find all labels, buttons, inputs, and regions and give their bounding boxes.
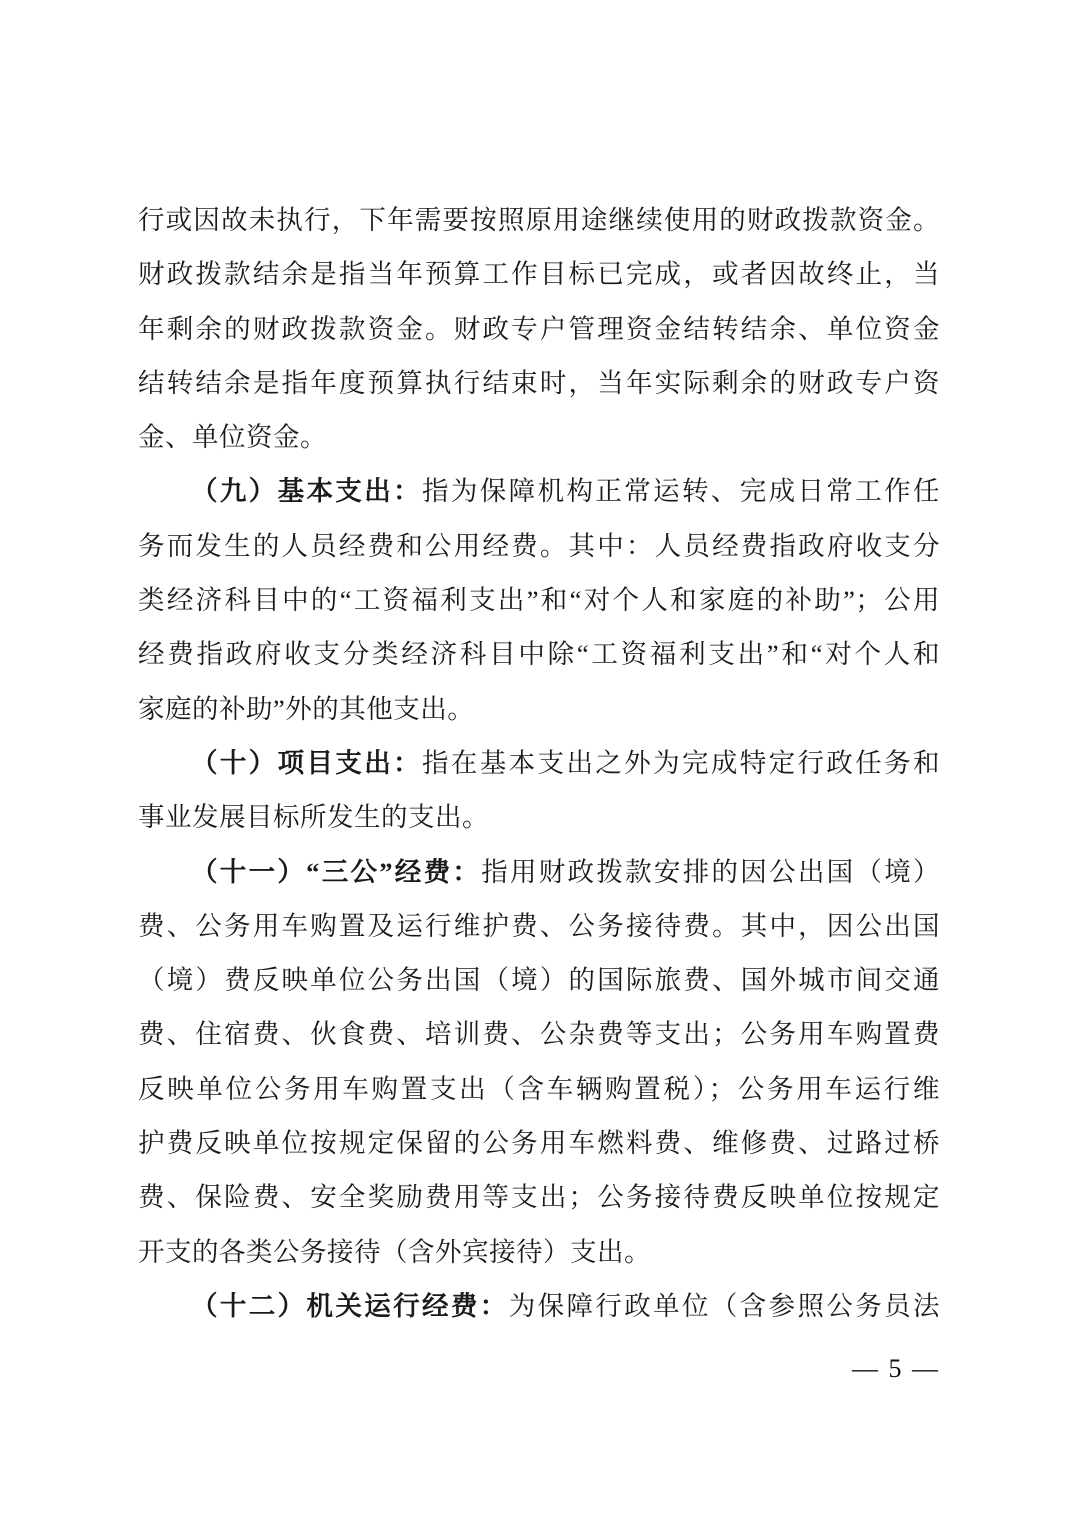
term-emphasis: （十）项目支出： — [191, 748, 422, 778]
text-line: 家庭的补助”外的其他支出。 — [138, 682, 940, 736]
line-text: 为保障行政单位（含参照公务员法 — [509, 1291, 940, 1321]
text-line: 金、单位资金。 — [138, 410, 940, 464]
text-line: 财政拨款结余是指当年预算工作目标已完成，或者因故终止，当 — [138, 247, 940, 301]
line-text: 指用财政拨款安排的因公出国（境） — [481, 857, 940, 887]
text-block: 行或因故未执行，下年需要按照原用途继续使用的财政拨款资金。财政拨款结余是指当年预… — [138, 193, 940, 1333]
text-line: 护费反映单位按规定保留的公务用车燃料费、维修费、过路过桥 — [138, 1116, 940, 1170]
text-line: （十）项目支出：指在基本支出之外为完成特定行政任务和 — [138, 736, 940, 790]
text-line: 费、住宿费、伙食费、培训费、公杂费等支出；公务用车购置费 — [138, 1007, 940, 1061]
page-number: — 5 — — [852, 1354, 940, 1384]
line-text: 指在基本支出之外为完成特定行政任务和 — [422, 748, 940, 778]
text-line: （十一）“三公”经费：指用财政拨款安排的因公出国（境） — [138, 845, 940, 899]
text-line: （十二）机关运行经费：为保障行政单位（含参照公务员法 — [138, 1279, 940, 1333]
line-text: 指为保障机构正常运转、完成日常工作任 — [422, 476, 940, 506]
text-line: 开支的各类公务接待（含外宾接待）支出。 — [138, 1225, 940, 1279]
text-line: 务而发生的人员经费和公用经费。其中：人员经费指政府收支分 — [138, 519, 940, 573]
document-page: 行或因故未执行，下年需要按照原用途继续使用的财政拨款资金。财政拨款结余是指当年预… — [0, 0, 1074, 1520]
term-emphasis: （十二）机关运行经费： — [191, 1291, 509, 1321]
text-line: 费、保险费、安全奖励费用等支出；公务接待费反映单位按规定 — [138, 1170, 940, 1224]
text-line: （境）费反映单位公务出国（境）的国际旅费、国外城市间交通 — [138, 953, 940, 1007]
text-line: 结转结余是指年度预算执行结束时，当年实际剩余的财政专户资 — [138, 356, 940, 410]
text-line: 经费指政府收支分类经济科目中除“工资福利支出”和“对个人和 — [138, 627, 940, 681]
text-line: 费、公务用车购置及运行维护费、公务接待费。其中，因公出国 — [138, 899, 940, 953]
text-line: 反映单位公务用车购置支出（含车辆购置税）；公务用车运行维 — [138, 1062, 940, 1116]
text-line: 事业发展目标所发生的支出。 — [138, 790, 940, 844]
text-line: 类经济科目中的“工资福利支出”和“对个人和家庭的补助”；公用 — [138, 573, 940, 627]
term-emphasis: （十一）“三公”经费： — [191, 857, 481, 887]
text-line: 行或因故未执行，下年需要按照原用途继续使用的财政拨款资金。 — [138, 193, 940, 247]
text-line: 年剩余的财政拨款资金。财政专户管理资金结转结余、单位资金 — [138, 302, 940, 356]
term-emphasis: （九）基本支出： — [191, 476, 422, 506]
text-line: （九）基本支出：指为保障机构正常运转、完成日常工作任 — [138, 464, 940, 518]
